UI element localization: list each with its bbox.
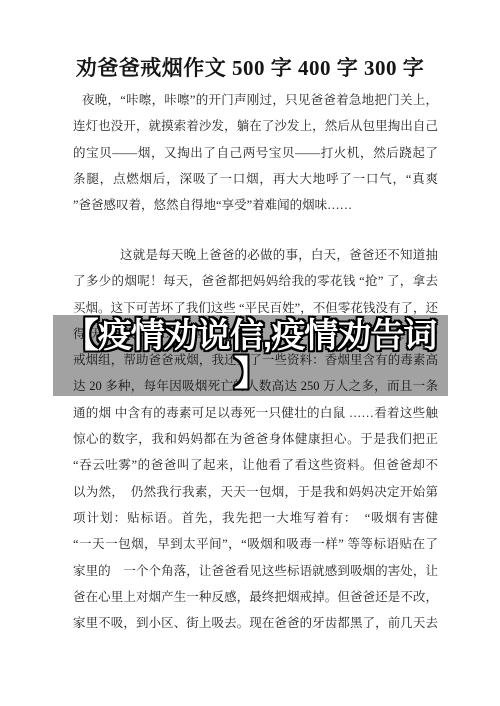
text-line: “吞云吐雾”的爸爸叫了起来，让他看了看这些资料。但爸爸却不 [73, 452, 438, 478]
text-line: 条腿，点燃烟后，深吸了一口烟，再大大地呼了一口气，“真爽啊！ [73, 166, 438, 192]
document-page: 劝爸爸戒烟作文 500 字 400 字 300 字 夜晚，“咔嚓，咔嚓”的开门声… [0, 0, 500, 706]
text-line: 连灯也没开，就摸索着沙发，躺在了沙发上，然后从包里掏出自己 [73, 113, 438, 139]
text-line: 的宝贝——烟，又掏出了自己两号宝贝——打火机，然后跷起了 两 [73, 140, 438, 166]
text-line: 家里不吸，到小区、街上吸去。现在爸爸的牙齿都黑了，前几天去 [73, 610, 438, 636]
text-line: 家里的 一个个角落，让爸爸看见这些标语就感到吸烟的害处，让爸 [73, 558, 438, 584]
text-line: 了多少的烟呢！每天，爸爸都把妈妈给我的零花钱 “抢” 了，拿去 [73, 268, 438, 294]
paragraph: 这就是每天晚上爸爸的必做的事，白天，爸爸还不知道抽 了多少的烟呢！每天，爸爸都把… [73, 242, 438, 636]
text-line: ”爸爸感叹着，悠然自得地“享受”着难闻的烟味…… [73, 192, 438, 218]
text-line: 通的烟 中含有的毒素可足以毒死一只健壮的白鼠 ……看着这些触目 [73, 400, 438, 426]
text-line: 爸在心里上对烟产生一种反感，最终把烟戒掉。但爸爸还是不改， [73, 584, 438, 610]
watermark-text-line-2: 】 [53, 355, 448, 393]
text-line: “一天一包烟，早到太平间”，“吸烟和吸毒一样” 等等标语贴在了 [73, 531, 438, 557]
paragraph: 夜晚，“咔嚓，咔嚓”的开门声刚过，只见爸爸着急地把门关上， 连灯也没开，就摸索着… [73, 87, 438, 218]
text-line: 夜晚，“咔嚓，咔嚓”的开门声刚过，只见爸爸着急地把门关上， [73, 87, 438, 113]
watermark-overlay: 【疫情劝说信,疫情劝告词 】 [53, 315, 448, 396]
text-line: 项计划：贴标语。首先，我先把一大堆写着有： “吸烟有害健康”， [73, 505, 438, 531]
watermark-text-line-1: 【疫情劝说信,疫情劝告词 [53, 317, 448, 355]
text-line: 这就是每天晚上爸爸的必做的事，白天，爸爸还不知道抽 [73, 242, 438, 268]
text-line: 惊心的数字，我和妈妈都在为爸爸身体健康担心。于是我们把正 [73, 426, 438, 452]
text-line: 以为然， 仍然我行我素，天天一包烟，于是我和妈妈决定开始第二 [73, 479, 438, 505]
document-title: 劝爸爸戒烟作文 500 字 400 字 300 字 [0, 52, 500, 82]
